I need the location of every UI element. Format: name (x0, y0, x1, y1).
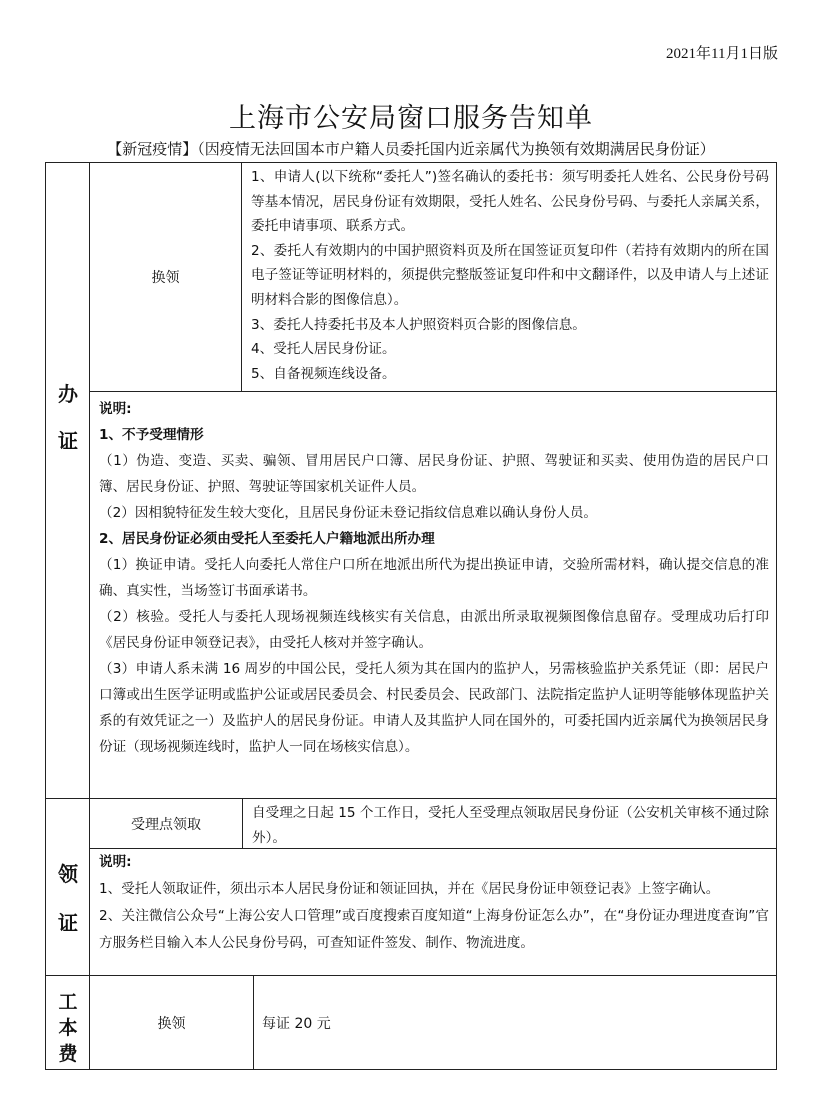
section-char: 证 (46, 425, 90, 454)
note-item: 2、关注微信公众号“上海公安人口管理”或百度搜索百度知道“上海身份证怎么办”，在… (99, 903, 769, 957)
materials-list: 1、申请人(以下统称“委托人”)签名确认的委托书：须写明委托人姓名、公民身份号码… (242, 163, 777, 391)
row-label-text: 换领 (158, 1013, 186, 1033)
section-char: 证 (46, 907, 90, 936)
note-item: 1、受托人领取证件，须出示本人居民身份证和领证回执，并在《居民身份证申领登记表》… (99, 876, 769, 903)
handle-notes: 说明: 1、不予受理情形 （1）伪造、变造、买卖、骗领、冒用居民户口簿、居民身份… (90, 392, 777, 798)
section-char: 办 (46, 378, 90, 407)
note-item: （3）申请人系未满 16 周岁的中国公民，受托人须为其在国内的监护人，另需核验监… (99, 656, 769, 760)
material-item: 1、申请人(以下统称“委托人”)签名确认的委托书：须写明委托人姓名、公民身份号码… (251, 165, 769, 239)
notes-title: 说明: (99, 849, 769, 876)
row-label-fee: 换领 (90, 976, 253, 1069)
fee-content: 每证 20 元 (254, 976, 777, 1069)
pickup-text: 自受理之日起 15 个工作日，受托人至受理点领取居民身份证（公安机关审核不通过除… (252, 801, 769, 850)
pickup-content: 自受理之日起 15 个工作日，受托人至受理点领取居民身份证（公安机关审核不通过除… (243, 799, 777, 848)
note-item: （1）换证申请。受托人向委托人常住户口所在地派出所代为提出换证申请，交验所需材料… (99, 552, 769, 604)
material-item: 3、委托人持委托书及本人护照资料页合影的图像信息。 (251, 313, 769, 338)
section-char: 费 (46, 1041, 90, 1067)
subtitle: 【新冠疫情】（因疫情无法回国本市户籍人员委托国内近亲属代为换领有效期满居民身份证… (0, 138, 822, 159)
row-label-pickup: 受理点领取 (90, 799, 242, 848)
service-notice-table: 办 证 换领 1、申请人(以下统称“委托人”)签名确认的委托书：须写明委托人姓名… (45, 162, 777, 1070)
notes-title: 说明: (99, 396, 769, 422)
section-char: 工 (46, 989, 90, 1015)
note-item: （1）伪造、变造、买卖、骗领、冒用居民户口簿、居民身份证、护照、驾驶证和买卖、使… (99, 448, 769, 500)
version-label: 2021年11月1日版 (666, 42, 778, 63)
material-item: 2、委托人有效期内的中国护照资料页及所在国签证页复印件（若持有效期内的所在国电子… (251, 239, 769, 313)
page-title: 上海市公安局窗口服务告知单 (0, 96, 822, 135)
section-label-handle: 办 证 (46, 378, 90, 454)
material-item: 4、受托人居民身份证。 (251, 337, 769, 362)
section-label-fee: 工 本 费 (46, 989, 90, 1067)
section-char: 本 (46, 1015, 90, 1041)
note-item: （2）核验。受托人与委托人现场视频连线核实有关信息，由派出所录取视频图像信息留存… (99, 604, 769, 656)
section-label-collect: 领 证 (46, 858, 90, 936)
note-item: 2、居民身份证必须由受托人至委托人户籍地派出所办理 (99, 526, 769, 552)
row-label-text: 换领 (152, 267, 180, 287)
fee-amount: 每证 20 元 (262, 1013, 331, 1033)
material-item: 5、自备视频连线设备。 (251, 362, 769, 387)
note-item: 1、不予受理情形 (99, 422, 769, 448)
section-char: 领 (46, 858, 90, 887)
collect-notes: 说明: 1、受托人领取证件，须出示本人居民身份证和领证回执，并在《居民身份证申领… (90, 849, 777, 975)
row-label-text: 受理点领取 (131, 814, 201, 834)
row-label-renew: 换领 (90, 163, 241, 391)
note-item: （2）因相貌特征发生较大变化，且居民身份证未登记指纹信息难以确认身份人员。 (99, 500, 769, 526)
